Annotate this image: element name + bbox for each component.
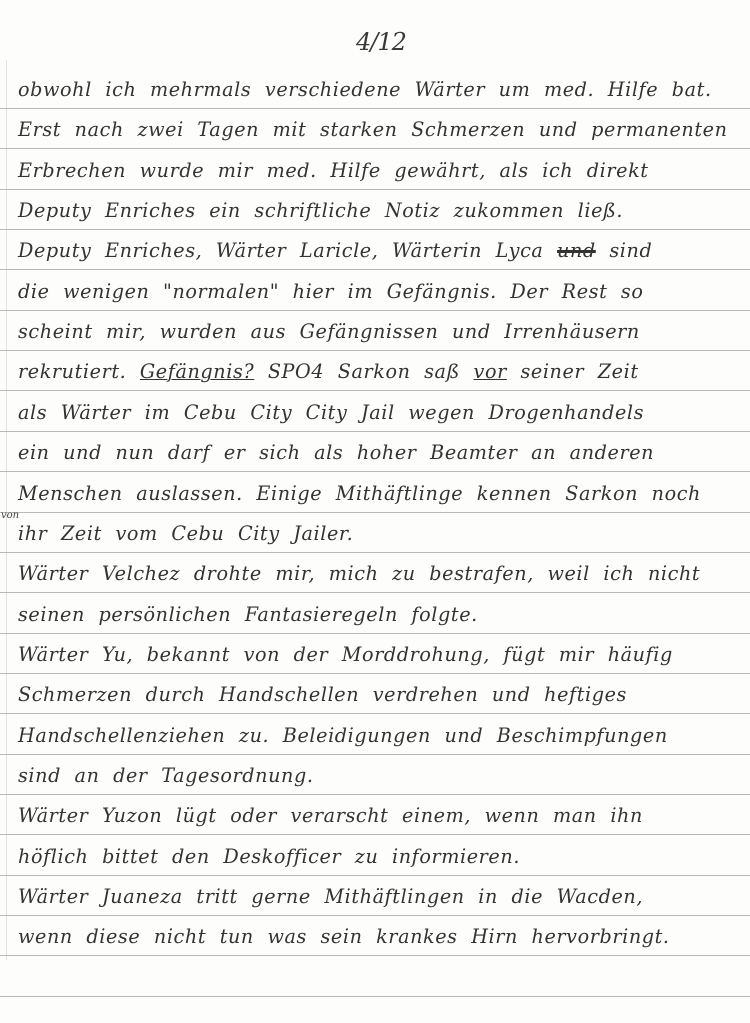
ruled-line [0, 794, 750, 795]
text-line: Deputy Enriches, Wärter Laricle, Wärteri… [18, 233, 736, 269]
ruled-line [0, 955, 750, 956]
text-line: Wärter Juaneza tritt gerne Mithäftlingen… [18, 879, 736, 915]
text-segment: Schmerzen durch Handschellen verdrehen u… [18, 683, 627, 706]
text-segment: Erbrechen wurde mir med. Hilfe gewährt, … [18, 159, 649, 182]
text-line: ihr Zeit vom Cebu City Jailer. [18, 516, 736, 552]
handwritten-page: 4/12 von obwohl ich mehrmals verschieden… [0, 0, 750, 1023]
text-segment: ein und nun darf er sich als hoher Beamt… [18, 441, 654, 464]
ruled-line [0, 834, 750, 835]
text-segment: Wärter Yuzon lügt oder verarscht einem, … [18, 804, 643, 827]
text-segment: Menschen auslassen. Einige Mithäftlinge … [18, 482, 701, 505]
text-line: wenn diese nicht tun was sein krankes Hi… [18, 919, 736, 955]
ruled-line [0, 875, 750, 876]
text-line: Wärter Yuzon lügt oder verarscht einem, … [18, 798, 736, 834]
ruled-line [0, 350, 750, 351]
ruled-line [0, 269, 750, 270]
ruled-line [0, 915, 750, 916]
text-segment: als Wärter im Cebu City City Jail wegen … [18, 401, 644, 424]
ruled-line [0, 754, 750, 755]
ruled-line [0, 552, 750, 553]
text-line: Erst nach zwei Tagen mit starken Schmerz… [18, 112, 736, 148]
text-line: obwohl ich mehrmals verschiedene Wärter … [18, 72, 736, 108]
text-segment: SPO4 Sarkon saß [254, 360, 473, 383]
text-line: Wärter Velchez drohte mir, mich zu bestr… [18, 556, 736, 592]
text-segment: höflich bittet den Deskofficer zu inform… [18, 845, 520, 868]
ruled-line [0, 148, 750, 149]
ruled-line [0, 229, 750, 230]
text-line: Menschen auslassen. Einige Mithäftlinge … [18, 476, 736, 512]
text-segment: Handschellenziehen zu. Beleidigungen und… [18, 724, 668, 747]
text-segment: seinen persönlichen Fantasieregeln folgt… [18, 603, 478, 626]
ruled-line [0, 431, 750, 432]
text-line: Handschellenziehen zu. Beleidigungen und… [18, 718, 736, 754]
text-line: sind an der Tagesordnung. [18, 758, 736, 794]
text-line: rekrutiert. Gefängnis? SPO4 Sarkon saß v… [18, 354, 736, 390]
text-line: Schmerzen durch Handschellen verdrehen u… [18, 677, 736, 713]
underlined-word: vor [474, 360, 507, 383]
text-segment: sind [596, 239, 653, 262]
text-line: ein und nun darf er sich als hoher Beamt… [18, 435, 736, 471]
text-line: Wärter Yu, bekannt von der Morddrohung, … [18, 637, 736, 673]
ruled-line [0, 673, 750, 674]
text-segment: obwohl ich mehrmals verschiedene Wärter … [18, 78, 712, 101]
text-line: Deputy Enriches ein schriftliche Notiz z… [18, 193, 736, 229]
text-segment: Erst nach zwei Tagen mit starken Schmerz… [18, 118, 728, 141]
ruled-line [0, 713, 750, 714]
ruled-line [0, 310, 750, 311]
text-line: als Wärter im Cebu City City Jail wegen … [18, 395, 736, 431]
text-line: die wenigen "normalen" hier im Gefängnis… [18, 274, 736, 310]
text-segment: Wärter Juaneza tritt gerne Mithäftlingen… [18, 885, 643, 908]
text-segment: wenn diese nicht tun was sein krankes Hi… [18, 925, 670, 948]
ruled-line [0, 633, 750, 634]
ruled-line [0, 108, 750, 109]
ruled-line [0, 189, 750, 190]
ruled-line [0, 996, 750, 997]
text-line: scheint mir, wurden aus Gefängnissen und… [18, 314, 736, 350]
ruled-line [0, 390, 750, 391]
text-segment: Wärter Velchez drohte mir, mich zu bestr… [18, 562, 700, 585]
text-segment: seiner Zeit [507, 360, 639, 383]
underlined-word: Gefängnis? [140, 360, 254, 383]
margin-note: von [1, 510, 19, 521]
text-segment: Deputy Enriches ein schriftliche Notiz z… [18, 199, 623, 222]
text-line: seinen persönlichen Fantasieregeln folgt… [18, 597, 736, 633]
text-segment: sind an der Tagesordnung. [18, 764, 314, 787]
text-line: Erbrechen wurde mir med. Hilfe gewährt, … [18, 153, 736, 189]
text-segment: scheint mir, wurden aus Gefängnissen und… [18, 320, 640, 343]
ruled-line [0, 592, 750, 593]
text-segment: Wärter Yu, bekannt von der Morddrohung, … [18, 643, 673, 666]
struck-word: und [557, 239, 596, 262]
page-number: 4/12 [356, 28, 406, 56]
text-line: höflich bittet den Deskofficer zu inform… [18, 839, 736, 875]
text-segment: die wenigen "normalen" hier im Gefängnis… [18, 280, 644, 303]
ruled-line [0, 512, 750, 513]
text-segment: Deputy Enriches, Wärter Laricle, Wärteri… [18, 239, 557, 262]
text-segment: ihr Zeit vom Cebu City Jailer. [18, 522, 353, 545]
ruled-line [0, 471, 750, 472]
text-segment: rekrutiert. [18, 360, 140, 383]
